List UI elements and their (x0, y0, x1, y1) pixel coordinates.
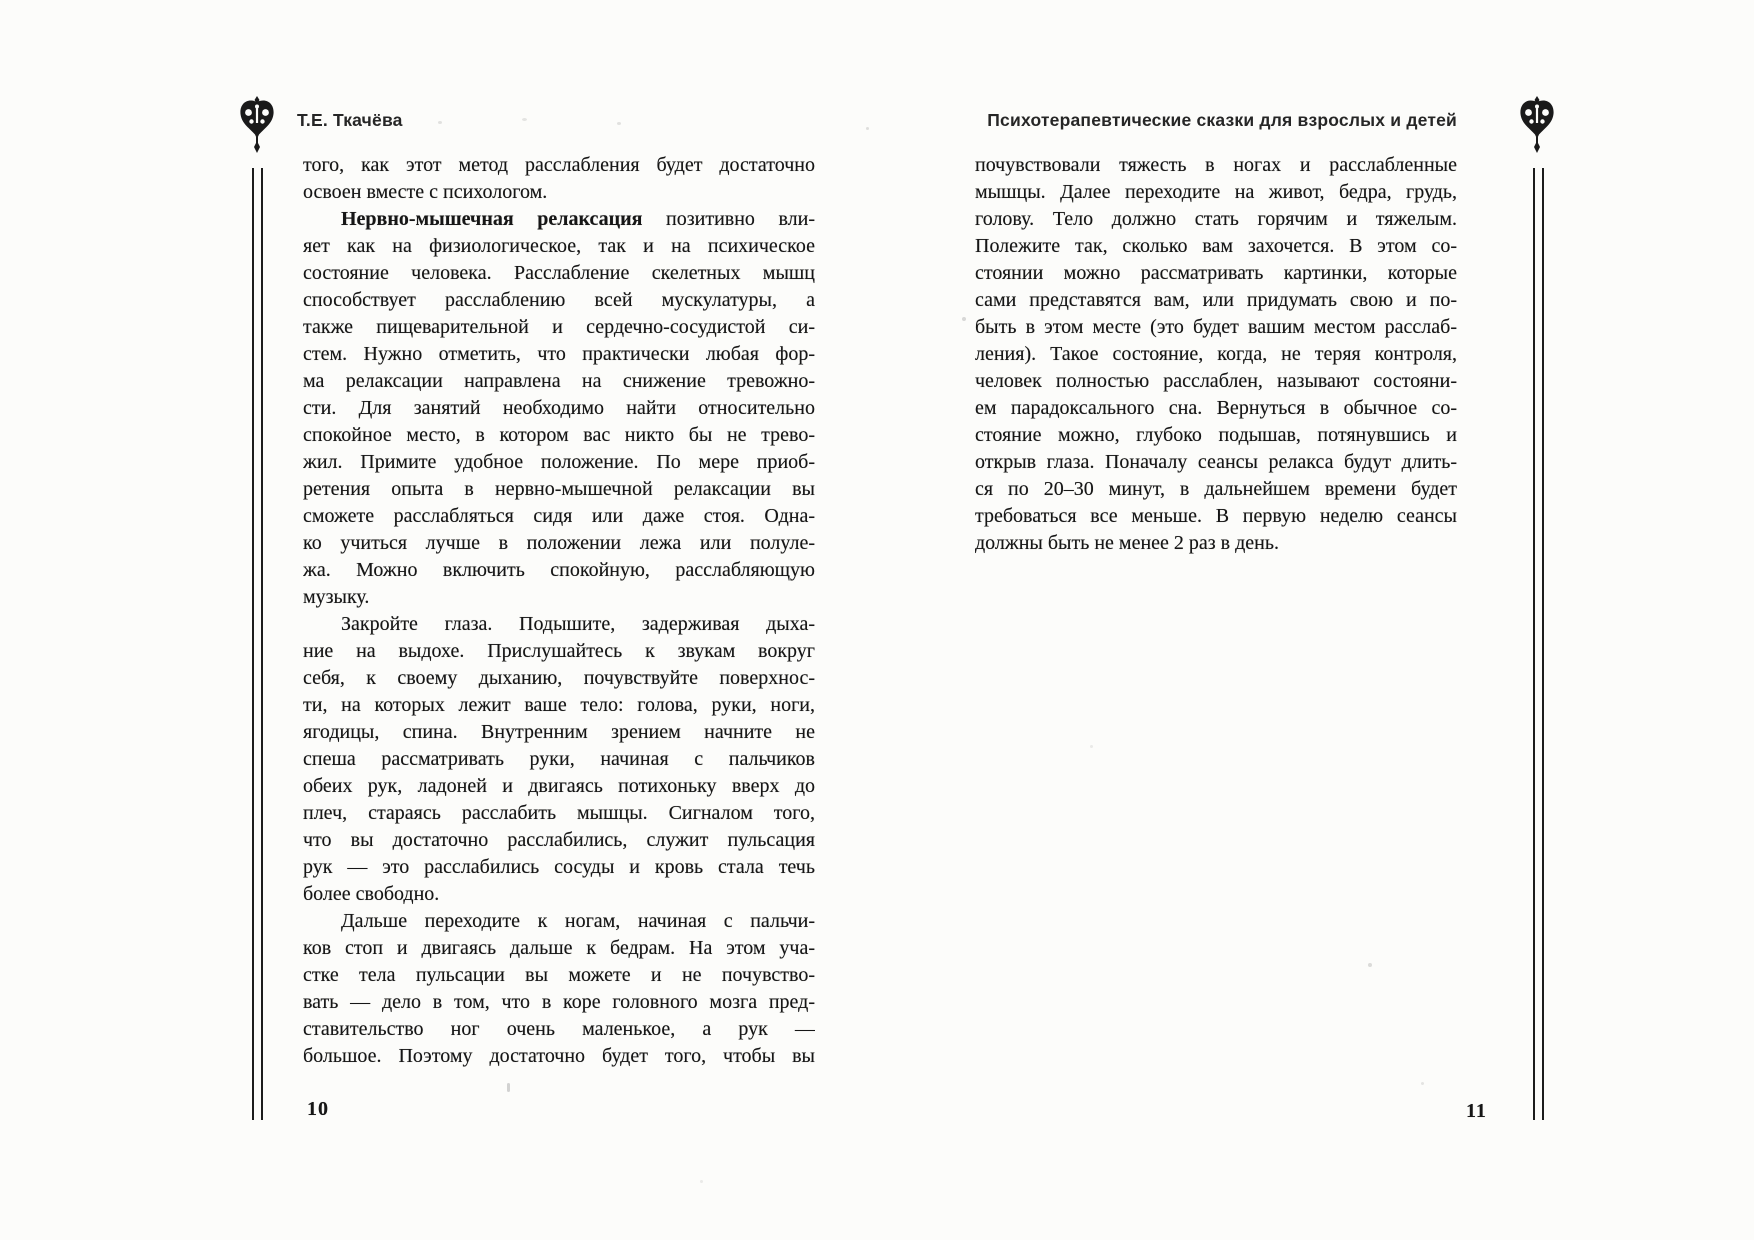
text-line: требоваться все меньше. В первую неделю … (975, 503, 1457, 530)
text-line: ние на выдохе. Прислушайтесь к звукам во… (303, 638, 815, 665)
text-line: большое. Поэтому достаточно будет того, … (303, 1043, 815, 1070)
text-line: ко учиться лучше в положении лежа или по… (303, 530, 815, 557)
text-line: рук — это расслабились сосуды и кровь ст… (303, 854, 815, 881)
scan-speck (700, 1180, 703, 1183)
text-line: способствует расслаблению всей мускулату… (303, 287, 815, 314)
text-line: сти. Для занятий необходимо найти относи… (303, 395, 815, 422)
text-line: должны быть не менее 2 раз в день. (975, 530, 1457, 557)
text-line: Нервно-мышечная релаксация позитивно вли… (303, 206, 815, 233)
inner-margin-rule-right (1533, 168, 1544, 1120)
running-head-book-title: Психотерапевтические сказки для взрослых… (975, 110, 1457, 131)
text-line: также пищеварительной и сердечно-сосудис… (303, 314, 815, 341)
text-line: ления). Такое состояние, когда, не теряя… (975, 341, 1457, 368)
text-line: спокойное место, в котором вас никто бы … (303, 422, 815, 449)
text-line: более свободно. (303, 881, 815, 908)
text-line: жа. Можно включить спокойную, расслабляю… (303, 557, 815, 584)
finial-ornament-icon (237, 96, 277, 168)
text-line: ставительство ног очень маленькое, а рук… (303, 1016, 815, 1043)
scan-speck (1090, 745, 1093, 748)
text-line: ретения опыта в нервно-мышечной релаксац… (303, 476, 815, 503)
text-line: стояние можно, глубоко подышав, потянувш… (975, 422, 1457, 449)
text-line: ти, на которых лежит ваше тело: голова, … (303, 692, 815, 719)
left-page-text: того, как этот метод расслабления будет … (303, 152, 815, 1070)
bold-lead-text: Нервно-мышечная релаксация (341, 208, 642, 230)
text-line: быть в этом месте (это будет вашим место… (975, 314, 1457, 341)
scan-speck (507, 1083, 510, 1092)
text-line: открыв глаза. Поначалу сеансы релакса бу… (975, 449, 1457, 476)
text-line: себя, к своему дыханию, почувствуйте пов… (303, 665, 815, 692)
text-line: мышцы. Далее переходите на живот, бедра,… (975, 179, 1457, 206)
page-number-left: 10 (307, 1098, 329, 1121)
finial-ornament-icon (1517, 96, 1557, 168)
text-line: сможете расслабляться сидя или даже стоя… (303, 503, 815, 530)
text-line: человек полностью расслаблен, называют с… (975, 368, 1457, 395)
inner-margin-rule-left (252, 168, 263, 1120)
text-line: ягодицы, спина. Внутренним зрением начни… (303, 719, 815, 746)
text-line: голову. Тело должно стать горячим и тяже… (975, 206, 1457, 233)
scan-speck (1421, 1082, 1424, 1085)
scan-speck (866, 127, 869, 130)
text-line: что вы достаточно расслабились, служит п… (303, 827, 815, 854)
scan-speck (438, 121, 442, 124)
text-segment: позитивно вли- (642, 208, 815, 230)
text-line: стоянии можно рассматривать картинки, ко… (975, 260, 1457, 287)
text-line: музыку. (303, 584, 815, 611)
scan-speck (522, 118, 527, 121)
book-spread-scan: Т.Е. Ткачёва Психотерапевтические сказки… (0, 0, 1754, 1240)
text-line: спеша рассматривать руки, начиная с паль… (303, 746, 815, 773)
text-line: обеих рук, ладоней и двигаясь потихоньку… (303, 773, 815, 800)
text-line: ем парадоксального сна. Вернуться в обыч… (975, 395, 1457, 422)
text-line: сами представятся вам, или придумать сво… (975, 287, 1457, 314)
right-page-text: почувствовали тяжесть в ногах и расслабл… (975, 152, 1457, 557)
running-head-author: Т.Е. Ткачёва (297, 110, 403, 131)
text-line: Дальше переходите к ногам, начиная с пал… (303, 908, 815, 935)
text-line: вать — дело в том, что в коре головного … (303, 989, 815, 1016)
scan-speck (617, 122, 621, 125)
page-number-right: 11 (1466, 1100, 1487, 1123)
text-line: стке тела пульсации вы можете и не почув… (303, 962, 815, 989)
text-line: ся по 20–30 минут, в дальнейшем времени … (975, 476, 1457, 503)
text-line: того, как этот метод расслабления будет … (303, 152, 815, 179)
text-line: жил. Примите удобное положение. По мере … (303, 449, 815, 476)
text-line: ков стоп и двигаясь дальше к бедрам. На … (303, 935, 815, 962)
scan-speck (962, 317, 966, 321)
scan-speck (1368, 963, 1372, 967)
text-line: освоен вместе с психологом. (303, 179, 815, 206)
text-line: яет как на физиологическое, так и на пси… (303, 233, 815, 260)
text-line: состояние человека. Расслабление скелетн… (303, 260, 815, 287)
text-line: почувствовали тяжесть в ногах и расслабл… (975, 152, 1457, 179)
text-line: Полежите так, сколько вам захочется. В э… (975, 233, 1457, 260)
text-line: ма релаксации направлена на снижение тре… (303, 368, 815, 395)
text-line: плеч, стараясь расслабить мышцы. Сигнало… (303, 800, 815, 827)
text-line: стем. Нужно отметить, что практически лю… (303, 341, 815, 368)
text-line: Закройте глаза. Подышите, задерживая дых… (303, 611, 815, 638)
